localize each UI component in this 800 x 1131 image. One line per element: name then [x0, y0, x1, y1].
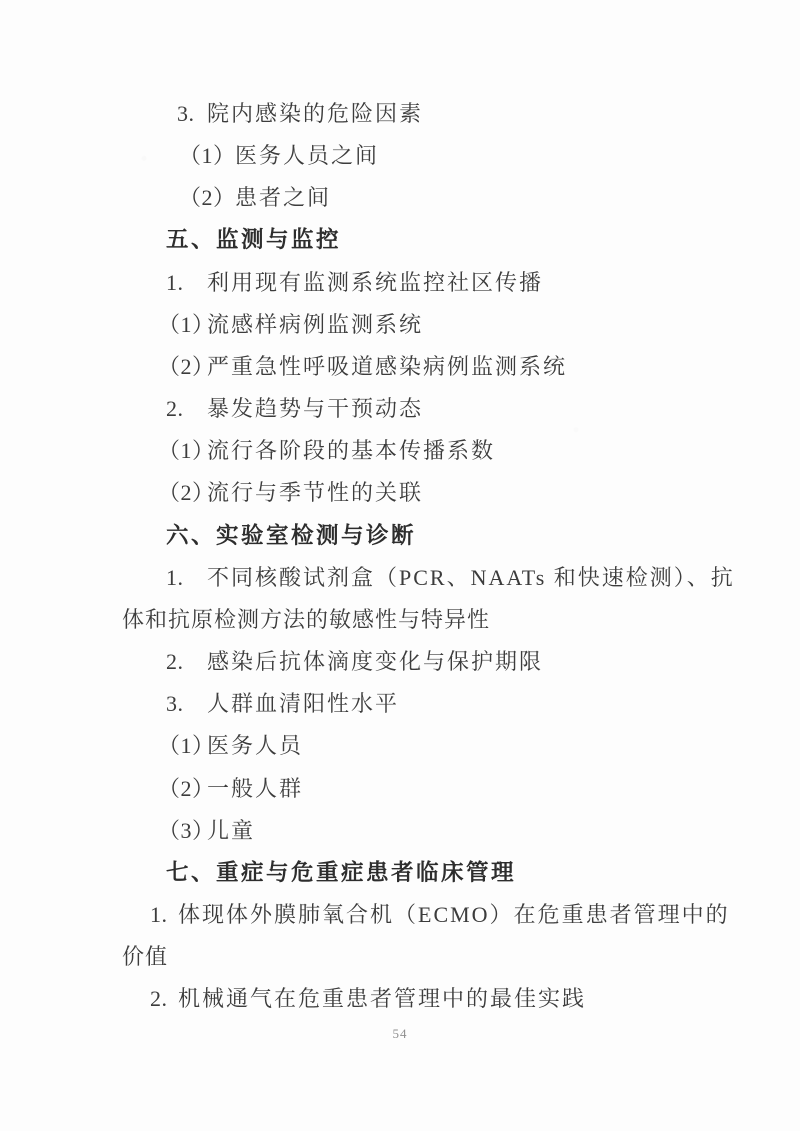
outline-subitem: （1）流感样病例监测系统 — [0, 304, 800, 346]
section-heading: 六、实验室检测与诊断 — [0, 515, 800, 557]
outline-item: 1.体现体外膜肺氧合机（ECMO）在危重患者管理中的 — [0, 894, 800, 936]
item-number: 2. — [166, 641, 207, 683]
wrapped-line: 体和抗原检测方法的敏感性与特异性 — [0, 599, 800, 641]
item-number: （2） — [158, 472, 207, 514]
outline-subitem: （1）医务人员之间 — [0, 135, 800, 177]
section-heading: 五、监测与监控 — [0, 219, 800, 261]
outline-item: 2.感染后抗体滴度变化与保护期限 — [0, 641, 800, 683]
item-text: 机械通气在危重患者管理中的最佳实践 — [178, 986, 586, 1011]
heading-text: 七、重症与危重症患者临床管理 — [166, 860, 516, 885]
outline-item: 2.暴发趋势与干预动态 — [0, 388, 800, 430]
item-number: （2） — [158, 768, 207, 810]
outline-item: 2.机械通气在危重患者管理中的最佳实践 — [0, 978, 800, 1020]
item-number: 1. — [166, 262, 207, 304]
item-text: 暴发趋势与干预动态 — [207, 396, 423, 421]
item-text: 不同核酸试剂盒（PCR、NAATs 和快速检测）、抗 — [207, 565, 735, 590]
outline-item: 1.不同核酸试剂盒（PCR、NAATs 和快速检测）、抗 — [0, 557, 800, 599]
outline-subitem: （1）医务人员 — [0, 725, 800, 767]
item-text: 体现体外膜肺氧合机（ECMO）在危重患者管理中的 — [178, 902, 730, 927]
item-text: 流行与季节性的关联 — [207, 480, 423, 505]
item-number: （3） — [158, 810, 207, 852]
outline-subitem: （2）一般人群 — [0, 768, 800, 810]
wrapped-line: 价值 — [0, 936, 800, 978]
item-text: 人群血清阳性水平 — [207, 691, 399, 716]
item-text: 医务人员之间 — [235, 143, 379, 168]
section-heading: 七、重症与危重症患者临床管理 — [0, 852, 800, 894]
outline-content: 3.院内感染的危险因素 （1）医务人员之间 （2）患者之间 五、监测与监控 1.… — [0, 93, 800, 1020]
item-text: 流感样病例监测系统 — [207, 312, 423, 337]
outline-subitem: （2）严重急性呼吸道感染病例监测系统 — [0, 346, 800, 388]
item-number: 3. — [166, 683, 207, 725]
item-text: 院内感染的危险因素 — [207, 101, 423, 126]
item-number: （2） — [179, 177, 235, 219]
item-number: 1. — [150, 894, 178, 936]
item-text: 流行各阶段的基本传播系数 — [207, 438, 495, 463]
item-text: 儿童 — [207, 818, 255, 843]
item-number: （1） — [158, 304, 207, 346]
document-page: { "document": { "page_number": "54", "li… — [0, 0, 800, 1131]
item-text: 感染后抗体滴度变化与保护期限 — [207, 649, 543, 674]
outline-subitem: （1）流行各阶段的基本传播系数 — [0, 430, 800, 472]
item-number: （1） — [158, 430, 207, 472]
outline-subitem: （2）患者之间 — [0, 177, 800, 219]
item-number: 2. — [150, 978, 178, 1020]
item-number: （1） — [158, 725, 207, 767]
item-number: 3. — [177, 93, 207, 135]
outline-item: 3.人群血清阳性水平 — [0, 683, 800, 725]
outline-subitem: （3）儿童 — [0, 810, 800, 852]
outline-subitem: （2）流行与季节性的关联 — [0, 472, 800, 514]
item-number: （2） — [158, 346, 207, 388]
item-text: 医务人员 — [207, 733, 303, 758]
item-number: （1） — [179, 135, 235, 177]
item-text: 利用现有监测系统监控社区传播 — [207, 270, 543, 295]
item-number: 1. — [166, 557, 207, 599]
item-text: 患者之间 — [235, 185, 331, 210]
item-number: 2. — [166, 388, 207, 430]
outline-item: 1.利用现有监测系统监控社区传播 — [0, 262, 800, 304]
heading-text: 五、监测与监控 — [166, 227, 341, 252]
heading-text: 六、实验室检测与诊断 — [166, 523, 416, 548]
item-text: 一般人群 — [207, 776, 303, 801]
page-number: 54 — [0, 1026, 800, 1042]
outline-item: 3.院内感染的危险因素 — [0, 93, 800, 135]
item-text: 体和抗原检测方法的敏感性与特异性 — [122, 607, 490, 632]
item-text: 价值 — [122, 944, 168, 969]
item-text: 严重急性呼吸道感染病例监测系统 — [207, 354, 567, 379]
